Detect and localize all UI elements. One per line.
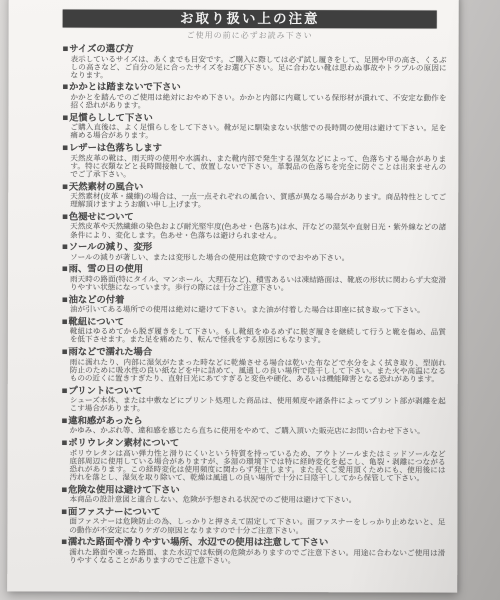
section-body-text: 油が引いてある場所での使用は絶対に避けて下さい。また油が付着した場合は即座に拭き… (70, 306, 446, 315)
bullet-square-icon: ■ (61, 537, 67, 547)
bullet-square-icon: ■ (63, 44, 69, 54)
section-title-text: かかとは踏まないで下さい (69, 82, 181, 92)
bullet-square-icon: ■ (62, 415, 68, 425)
section-body-text: 表示しているサイズは、あくまでも目安です。ご購入に際しては必ず試し履きをして、足… (71, 55, 447, 80)
bullet-square-icon: ■ (62, 181, 68, 191)
section-dangerous-use: ■危険な使用は避けて下さい 本商品の設計意図と適合しない、危険が予想される状況で… (61, 484, 445, 505)
section-discomfort: ■違和感があったら かゆみ、かぶれ等、違和感を感じたら直ちに使用をやめて、ご購入… (62, 415, 446, 436)
section-color-fading: ■色褪せについて 天然皮革や天然繊維の染色および耐光堅牢度(色あせ・色落ち)は水… (62, 211, 446, 240)
section-title-text: ソールの減り、変形 (69, 242, 153, 252)
section-title-text: 濡れた路面や滑りやすい場所、水辺での使用は注意して下さい (68, 537, 328, 548)
section-title-text: 危険な使用は避けて下さい (68, 484, 180, 494)
bullet-square-icon: ■ (62, 385, 68, 395)
section-slippery-surfaces: ■濡れた路面や滑りやすい場所、水辺での使用は注意して下さい 濡れた路面や凍った路… (61, 537, 445, 566)
care-instructions-sheet: お取り扱い上の注意 ご使用の前に必ずお読み下さい ■サイズの選び方 表示している… (7, 0, 459, 593)
section-title-text: 油などの付着 (69, 294, 125, 304)
section-body-text: ご購入直後は、よく足慣らしをして下さい。靴が足に馴染まない状態での長時間の使用は… (70, 124, 446, 141)
bullet-square-icon: ■ (63, 82, 69, 92)
section-body-text: ポリウレタンは高い弾力性と滑りにくいという特質を持っているため、アウトソールまた… (70, 449, 446, 483)
bullet-square-icon: ■ (62, 264, 68, 274)
section-title-text: 足慣らしして下さい (69, 112, 153, 122)
section-title-text: プリントについて (68, 385, 142, 395)
bullet-square-icon: ■ (62, 294, 68, 304)
bullet-square-icon: ■ (61, 506, 67, 516)
section-title-text: 天然素材の風合い (69, 181, 143, 191)
section-rain-snow: ■雨、雪の日の使用 雨天時の路面(特にタイル、マンホール、大理石など)、積雪ある… (62, 264, 446, 293)
section-title-text: 色褪せについて (69, 211, 134, 221)
section-body-text: かゆみ、かぶれ等、違和感を感じたら直ちに使用をやめて、ご購入頂いた販売店にお問い… (70, 427, 446, 436)
section-body-text: かかとを踏んでのご使用は絶対におやめ下さい。かかと内部に内蔵している保形材が潰れ… (70, 94, 446, 111)
section-body-text: シューズ本体、または中敷などにプリント処理した商品は、使用頻度や諸条件によってプ… (70, 397, 446, 414)
bullet-square-icon: ■ (61, 484, 67, 494)
section-wet-care: ■雨などで濡れた場合 雨に濡れたり、内部に湿気がたまった時などに乾燥させる場合は… (62, 347, 446, 384)
section-body-text: 面ファスナーは危険防止の為、しっかりと押さえて固定して下さい。面ファスナーをしっ… (69, 518, 445, 535)
section-title-text: 雨、雪の日の使用 (69, 264, 143, 274)
section-title-text: 面ファスナーについて (68, 506, 160, 516)
section-heading: ■サイズの選び方 (63, 44, 447, 56)
section-body-text: 天然皮革の靴は、雨天時の使用や水濡れ、また靴内部で発生する湿気などによって、色落… (70, 154, 446, 179)
section-heading: ■濡れた路面や滑りやすい場所、水辺での使用は注意して下さい (61, 537, 445, 549)
section-heading: ■ポリウレタン素材について (62, 438, 446, 450)
section-heading: ■ソールの減り、変形 (62, 242, 446, 254)
section-heel: ■かかとは踏まないで下さい かかとを踏んでのご使用は絶対におやめ下さい。かかと内… (62, 82, 446, 111)
bullet-square-icon: ■ (62, 211, 68, 221)
sheet-header: お取り扱い上の注意 ご使用の前に必ずお読み下さい (63, 10, 437, 41)
section-title-text: サイズの選び方 (69, 44, 133, 54)
section-body-text: 天然素材(皮革・繊維)の場合は、一点一点それぞれの風合い、質感が異なる場合があり… (70, 193, 446, 210)
bullet-square-icon: ■ (62, 112, 68, 122)
section-body-text: 本商品の設計意図と適合しない、危険が予想される状況でのご使用は避けて下さい。 (69, 496, 445, 505)
section-natural-material: ■天然素材の風合い 天然素材(皮革・繊維)の場合は、一点一点それぞれの風合い、質… (62, 181, 446, 210)
section-body-text: 雨天時の路面(特にタイル、マンホール、大理石など)、積雪あるいは凍結路面は、靴底… (70, 275, 446, 292)
section-sole-wear: ■ソールの減り、変形 ソールの減りが著しい、または変形した場合の使用は危険ですの… (62, 242, 446, 263)
section-heading: ■レザーは色落ちします (62, 143, 446, 155)
section-hook-loop-fastener: ■面ファスナーについて 面ファスナーは危険防止の為、しっかりと押さえて固定して下… (61, 506, 445, 535)
section-print: ■プリントについて シューズ本体、または中敷などにプリント処理した商品は、使用頻… (62, 385, 446, 414)
bullet-square-icon: ■ (62, 347, 68, 357)
section-title-text: 違和感があったら (68, 415, 142, 425)
section-body-text: 雨に濡れたり、内部に湿気がたまった時などに乾燥させる場合は乾いた布などで水分をよ… (70, 358, 446, 383)
section-leather-fade: ■レザーは色落ちします 天然皮革の靴は、雨天時の使用や水濡れ、また靴内部で発生す… (62, 143, 446, 180)
section-body-text: 濡れた路面や凍った路面、また水辺では転倒の危険がありますのでご注意下さい。用途に… (69, 548, 445, 565)
bullet-square-icon: ■ (62, 438, 68, 448)
section-oil: ■油などの付着 油が引いてある場所での使用は絶対に避けて下さい。また油が付着した… (62, 294, 446, 315)
section-shoelaces: ■靴紐について 靴紐はゆるめてから脱ぎ履きをして下さい。もし靴紐をゆるめずに脱ぎ… (62, 316, 446, 345)
section-title-text: ポリウレタン素材について (68, 438, 179, 448)
section-size-selection: ■サイズの選び方 表示しているサイズは、あくまでも目安です。ご購入に際しては必ず… (63, 44, 447, 81)
section-break-in: ■足慣らしして下さい ご購入直後は、よく足慣らしをして下さい。靴が足に馴染まない… (62, 112, 446, 141)
section-heading: ■雨、雪の日の使用 (62, 264, 446, 276)
section-title-text: 雨などで濡れた場合 (68, 347, 152, 357)
section-polyurethane: ■ポリウレタン素材について ポリウレタンは高い弾力性と滑りにくいという特質を持っ… (62, 438, 446, 483)
page-title: お取り扱い上の注意 (63, 10, 437, 29)
page-subtitle: ご使用の前に必ずお読み下さい (63, 31, 437, 41)
bullet-square-icon: ■ (62, 143, 68, 153)
bullet-square-icon: ■ (62, 242, 68, 252)
section-title-text: 靴紐について (69, 316, 125, 326)
section-title-text: レザーは色落ちします (69, 143, 162, 153)
section-heading: ■雨などで濡れた場合 (62, 347, 446, 359)
section-body-text: 天然皮革や天然繊維の染色および耐光堅牢度(色あせ・色落ち)は水、汗などの湿気や直… (70, 223, 446, 240)
sheet-content: お取り扱い上の注意 ご使用の前に必ずお読み下さい ■サイズの選び方 表示している… (7, 0, 458, 566)
bullet-square-icon: ■ (62, 316, 68, 326)
section-body-text: 靴紐はゆるめてから脱ぎ履きをして下さい。もし靴紐をゆるめずに脱ぎ履きを継続して行… (70, 328, 446, 345)
section-body-text: ソールの減りが著しい、または変形した場合の使用は危険ですのでおやめ下さい。 (70, 253, 446, 262)
